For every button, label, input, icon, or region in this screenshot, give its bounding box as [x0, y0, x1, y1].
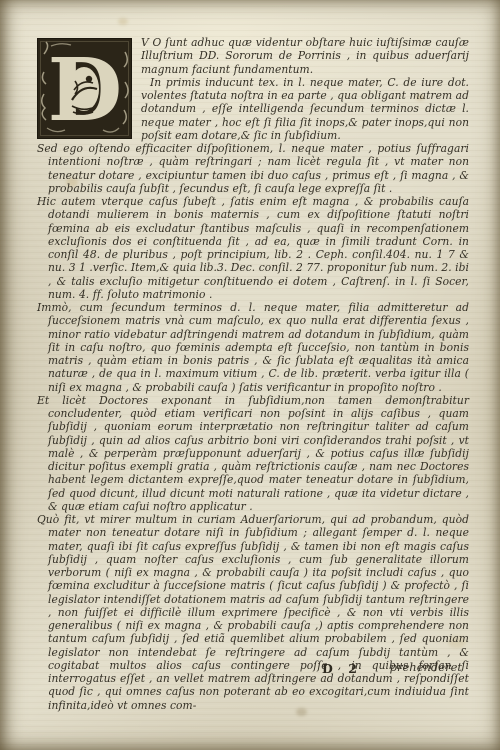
book-page: D V O ſunt adhuc quæ videntur obſtare hu… — [0, 0, 500, 750]
paragraph-sed-ego: Sed ego oſtendo efficaciter diſpoſitione… — [37, 142, 469, 195]
paragraph-et-licet: Et licèt Doctores exponant in ſubſidium,… — [37, 394, 469, 513]
catchword: prehenderet — [390, 660, 462, 674]
paragraph-immo: Immò, cum ſecundum terminos d. l. neque … — [37, 301, 469, 394]
woodcut-initial-d-icon: D — [37, 38, 132, 139]
text-block: D V O ſunt adhuc quæ videntur obſtare hu… — [37, 36, 469, 712]
paragraph-hic-autem: Hic autem vterque caſus ſubeſt , ſatis e… — [37, 195, 469, 301]
paragraph-quo-fit: Quò fit, vt mirer multum in curiam Aduer… — [37, 513, 469, 712]
paper-stain — [118, 18, 128, 25]
signature-mark: D 2 — [322, 661, 357, 676]
dropcap-woodcut-initial: D — [37, 38, 132, 139]
